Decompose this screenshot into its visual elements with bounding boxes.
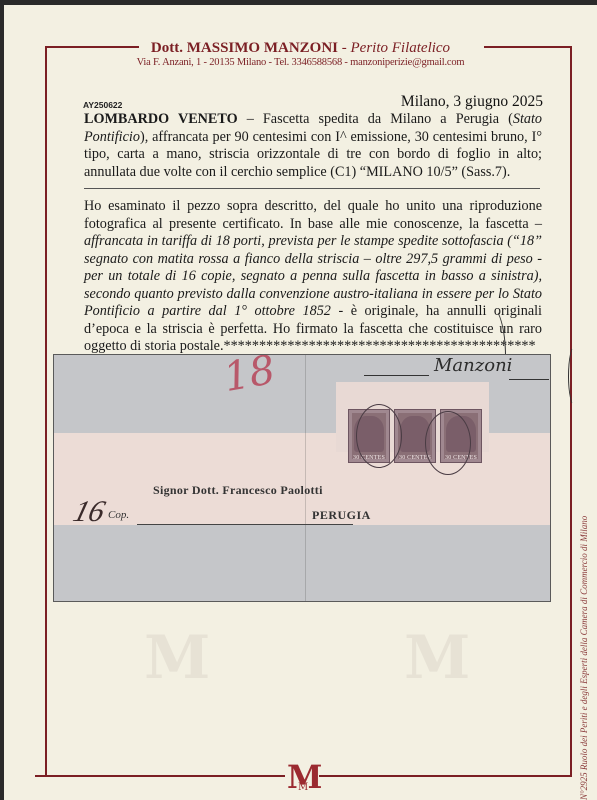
copies-label: Cop. [108,509,129,521]
red-pencil-mark: 18 [220,354,278,401]
letterhead: Dott. MASSIMO MANZONI - Perito Filatelic… [4,40,597,70]
item-description: LOMBARDO VENETO – Fascetta spedita da Mi… [84,111,542,181]
addressee: Signor Dott. Francesco Paolotti [153,483,323,498]
watermark-logo-icon: M [404,623,470,693]
postmark-circle-icon [356,404,402,468]
place-date: Milano, 3 giugno 2025 [401,93,543,111]
envelope-photo: 18 Manzoni 30 CENTES 30 CENTES 30 CENTES… [53,354,551,602]
expert-title: Perito Filatelico [351,40,451,56]
signature-flourish-margin [568,345,582,407]
certificate-reference: AY250622 [83,100,122,110]
certificate-sheet: Dott. MASSIMO MANZONI - Perito Filatelic… [4,5,597,800]
monogram-logo-icon: M M [287,762,317,800]
frame-left [45,46,47,776]
expert-name: Dott. MASSIMO MANZONI [151,40,338,56]
address-rule [137,524,353,525]
registration-note: N°2925 Ruolo dei Periti e degli Esperti … [579,516,589,800]
section-divider [84,188,540,189]
expert-address: Via F. Anzani, 1 - 20135 Milano - Tel. 3… [4,56,597,70]
frame-right [570,46,572,777]
description-title: LOMBARDO VENETO [84,111,238,127]
envelope-fold [305,355,306,601]
expert-opinion: Ho esaminato il pezzo sopra descritto, d… [84,198,542,356]
watermark-logo-icon: M [144,623,210,693]
signature-dash [509,379,549,380]
expert-name-line: Dott. MASSIMO MANZONI - Perito Filatelic… [4,40,597,56]
postmark-circle-icon [425,411,471,475]
frame-bottom-right [319,775,572,777]
signature-underline [364,375,429,376]
destination-city: PERUGIA [312,508,371,523]
frame-bottom-left [35,775,285,777]
expert-signature: Manzoni [434,355,512,376]
